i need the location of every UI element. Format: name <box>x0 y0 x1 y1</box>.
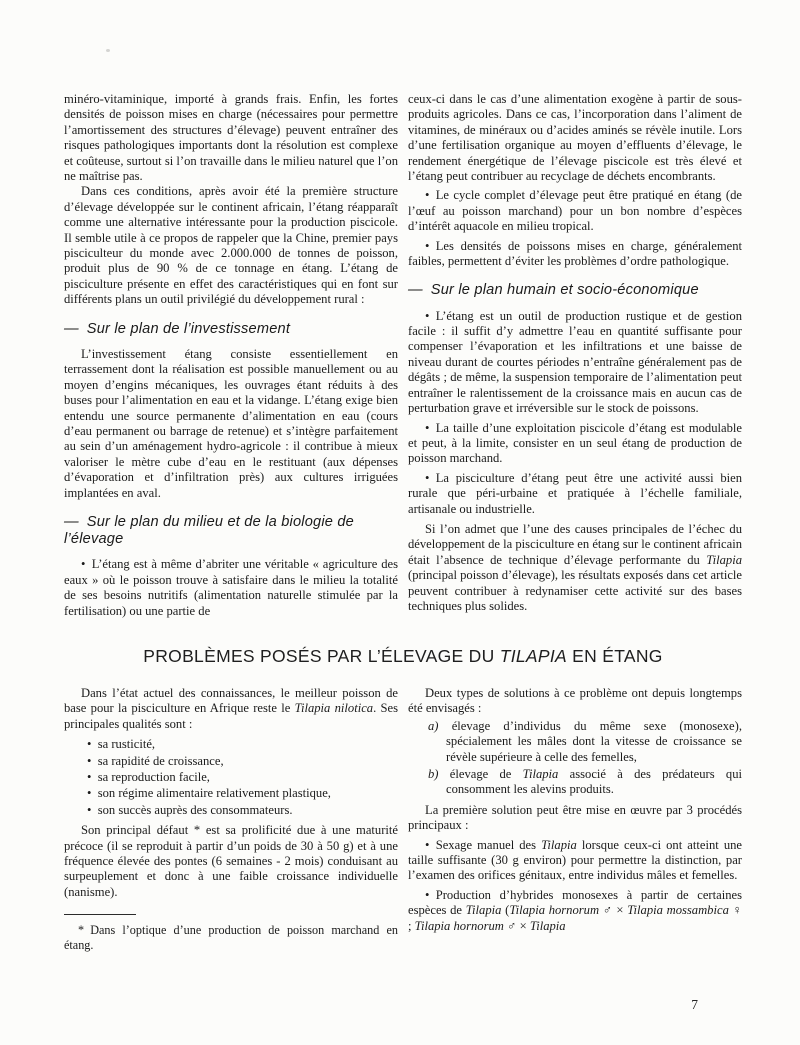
paragraph: L’investissement étang consiste essentie… <box>64 347 398 501</box>
bottom-left-column: Dans l’état actuel des connaissances, le… <box>64 686 398 953</box>
footnote: * Dans l’optique d’une production de poi… <box>64 923 398 953</box>
list-item-b: b) élevage de Tilapia associé à des préd… <box>408 767 742 798</box>
subsection-heading-milieu-biologie: —Sur le plan du milieu et de la biologie… <box>64 514 398 548</box>
top-section: minéro-vitaminique, importé à grands fra… <box>64 92 742 619</box>
paragraph: minéro-vitaminique, importé à grands fra… <box>64 92 398 184</box>
bottom-right-column: Deux types de solutions à ce problème on… <box>408 686 742 953</box>
top-right-column: ceux-ci dans le cas d’une alimentation e… <box>408 92 742 619</box>
bottom-section: Dans l’état actuel des connaissances, le… <box>64 686 742 953</box>
list-item: • son régime alimentaire relativement pl… <box>87 786 398 801</box>
list-item: • son succès auprès des consommateurs. <box>87 803 398 818</box>
paragraph: Dans ces conditions, après avoir été la … <box>64 184 398 307</box>
bullet-item: • La pisciculture d’étang peut être une … <box>408 471 742 517</box>
scan-speck <box>106 49 110 52</box>
list-item-a: a) élevage d’individus du même sexe (mon… <box>408 719 742 765</box>
list-item: • sa rusticité, <box>87 737 398 752</box>
paragraph: Deux types de solutions à ce problème on… <box>408 686 742 717</box>
paragraph: ceux-ci dans le cas d’une alimentation e… <box>408 92 742 184</box>
top-left-column: minéro-vitaminique, importé à grands fra… <box>64 92 398 619</box>
subsection-heading-investissement: —Sur le plan de l’investissement <box>64 321 398 338</box>
footnote-rule <box>64 914 136 915</box>
paragraph: Son principal défaut * est sa prolificit… <box>64 823 398 900</box>
document-page: minéro-vitaminique, importé à grands fra… <box>0 0 800 1045</box>
page-number: 7 <box>691 997 698 1013</box>
bullet-item: • Les densités de poissons mises en char… <box>408 239 742 270</box>
page-content: minéro-vitaminique, importé à grands fra… <box>64 92 742 953</box>
qualities-list: • sa rusticité, • sa rapidité de croissa… <box>87 737 398 818</box>
bullet-item: • L’étang est un outil de production rus… <box>408 309 742 417</box>
paragraph: Si l’on admet que l’une des causes princ… <box>408 522 742 614</box>
list-item: • sa rapidité de croissance, <box>87 754 398 769</box>
paragraph: Dans l’état actuel des connaissances, le… <box>64 686 398 732</box>
bullet-item: • Sexage manuel des Tilapia lorsque ceux… <box>408 838 742 884</box>
subsection-heading-humain-socio-economique: —Sur le plan humain et socio-économique <box>408 282 742 299</box>
bullet-item: • La taille d’une exploitation piscicole… <box>408 421 742 467</box>
bullet-item: • Le cycle complet d’élevage peut être p… <box>408 188 742 234</box>
list-item: • sa reproduction facile, <box>87 770 398 785</box>
article-section-title: PROBLÈMES POSÉS PAR L’ÉLEVAGE DU TILAPIA… <box>64 646 742 667</box>
bullet-item: • Production d’hybrides monosexes à part… <box>408 888 742 934</box>
paragraph: La première solution peut être mise en œ… <box>408 803 742 834</box>
bullet-item: • L’étang est à même d’abriter une vérit… <box>64 557 398 619</box>
